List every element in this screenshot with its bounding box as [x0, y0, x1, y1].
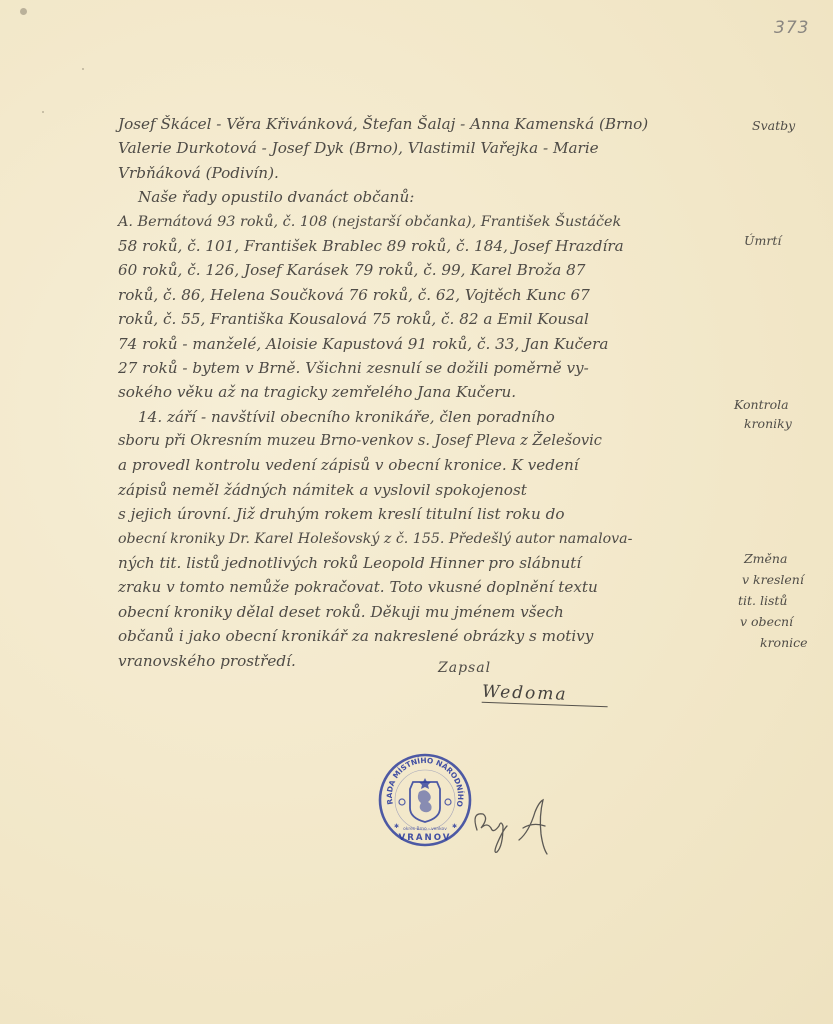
text-line-weddings-3: Vrbňáková (Podivín). — [118, 161, 738, 185]
text-line-weddings-1: Josef Škácel - Věra Křivánková, Štefan Š… — [118, 112, 738, 136]
signature-block: Zapsal Wedoma — [438, 660, 608, 705]
text-line-inspection-2: sboru při Okresním muzeu Brno-venkov s. … — [118, 429, 738, 453]
official-signature-scribble-icon — [463, 790, 563, 860]
svg-text:✱: ✱ — [394, 823, 399, 830]
text-line-inspection-1: 14. září - navštívil obecního kronikáře,… — [118, 405, 738, 429]
text-line-illustrator-1: s jejich úrovní. Již druhým rokem kreslí… — [118, 502, 738, 526]
official-stamp-icon: RADA MÍSTNÍHO NÁRODNÍHO VÝBORU okres Brn… — [377, 752, 473, 848]
margin-note-line: kroniky — [734, 414, 792, 433]
star-icon — [419, 778, 431, 789]
text-line-inspection-3: a provedl kontrolu vedení zápisů v obecn… — [118, 453, 738, 477]
text-line-illustrator-2: obecní kroniky Dr. Karel Holešovský z č.… — [118, 527, 738, 551]
text-line-inspection-4: zápisů neměl žádných námitek a vyslovil … — [118, 478, 738, 502]
margin-note-line: v obecní — [738, 611, 808, 632]
margin-note-line: Svatby — [752, 116, 795, 135]
stamp-district-text: okres Brno - venkov — [403, 826, 447, 832]
text-line-deaths-intro: Naše řady opustilo dvanáct občanů: — [118, 185, 738, 209]
margin-note-line: Změna — [738, 548, 808, 569]
margin-note-line: v kreslení — [738, 569, 808, 590]
chronicle-page: 373 Josef Škácel - Věra Křivánková, Štef… — [0, 0, 833, 1024]
stamp-village-text: VRANOV — [399, 833, 452, 843]
text-line-illustrator-3: ných tit. listů jednotlivých roků Leopol… — [118, 551, 738, 575]
margin-note-title-page-change: Změna v kreslení tit. listů v obecní kro… — [738, 548, 808, 653]
text-line-illustrator-7: vranovského prostředí. — [118, 649, 738, 673]
text-line-illustrator-5: obecní kroniky dělal deset roků. Děkuji … — [118, 600, 738, 624]
text-line-illustrator-6: občanů i jako obecní kronikář za nakresl… — [118, 624, 738, 648]
lion-icon — [418, 790, 432, 812]
text-line-weddings-2: Valerie Durkotová - Josef Dyk (Brno), Vl… — [118, 136, 738, 160]
paper-speck — [20, 8, 27, 15]
page-number: 373 — [774, 18, 809, 38]
text-line-deaths-2: 58 roků, č. 101, František Brablec 89 ro… — [118, 234, 738, 258]
paper-speck — [42, 111, 44, 113]
text-line-deaths-3: 60 roků, č. 126, Josef Karásek 79 roků, … — [118, 258, 738, 282]
text-line-deaths-6: 74 roků - manželé, Aloisie Kapustová 91 … — [118, 332, 738, 356]
margin-note-line: Kontrola — [734, 395, 792, 414]
margin-note-chronicle-inspection: Kontrola kroniky — [734, 395, 792, 433]
text-line-deaths-8: sokého věku až na tragicky zemřelého Jan… — [118, 380, 738, 404]
text-line-deaths-4: roků, č. 86, Helena Součková 76 roků, č.… — [118, 283, 738, 307]
text-line-deaths-1: A. Bernátová 93 roků, č. 108 (nejstarší … — [118, 210, 738, 234]
text-line-deaths-5: roků, č. 55, Františka Kousalová 75 roků… — [118, 307, 738, 331]
chronicler-signature: Wedoma — [482, 682, 609, 707]
signature-label: Zapsal — [438, 660, 608, 676]
text-line-deaths-7: 27 roků - bytem v Brně. Všichni zesnulí … — [118, 356, 738, 380]
margin-note-line: kronice — [738, 632, 808, 653]
svg-text:✱: ✱ — [452, 823, 457, 830]
margin-note-line: tit. listů — [738, 590, 808, 611]
margin-note-deaths: Úmrtí — [744, 231, 781, 250]
margin-note-line: Úmrtí — [744, 231, 781, 250]
chronicle-entry-text: Josef Škácel - Věra Křivánková, Štefan Š… — [118, 112, 738, 673]
paper-speck — [82, 68, 84, 70]
margin-note-weddings: Svatby — [752, 116, 795, 135]
text-line-illustrator-4: zraku v tomto nemůže pokračovat. Toto vk… — [118, 575, 738, 599]
